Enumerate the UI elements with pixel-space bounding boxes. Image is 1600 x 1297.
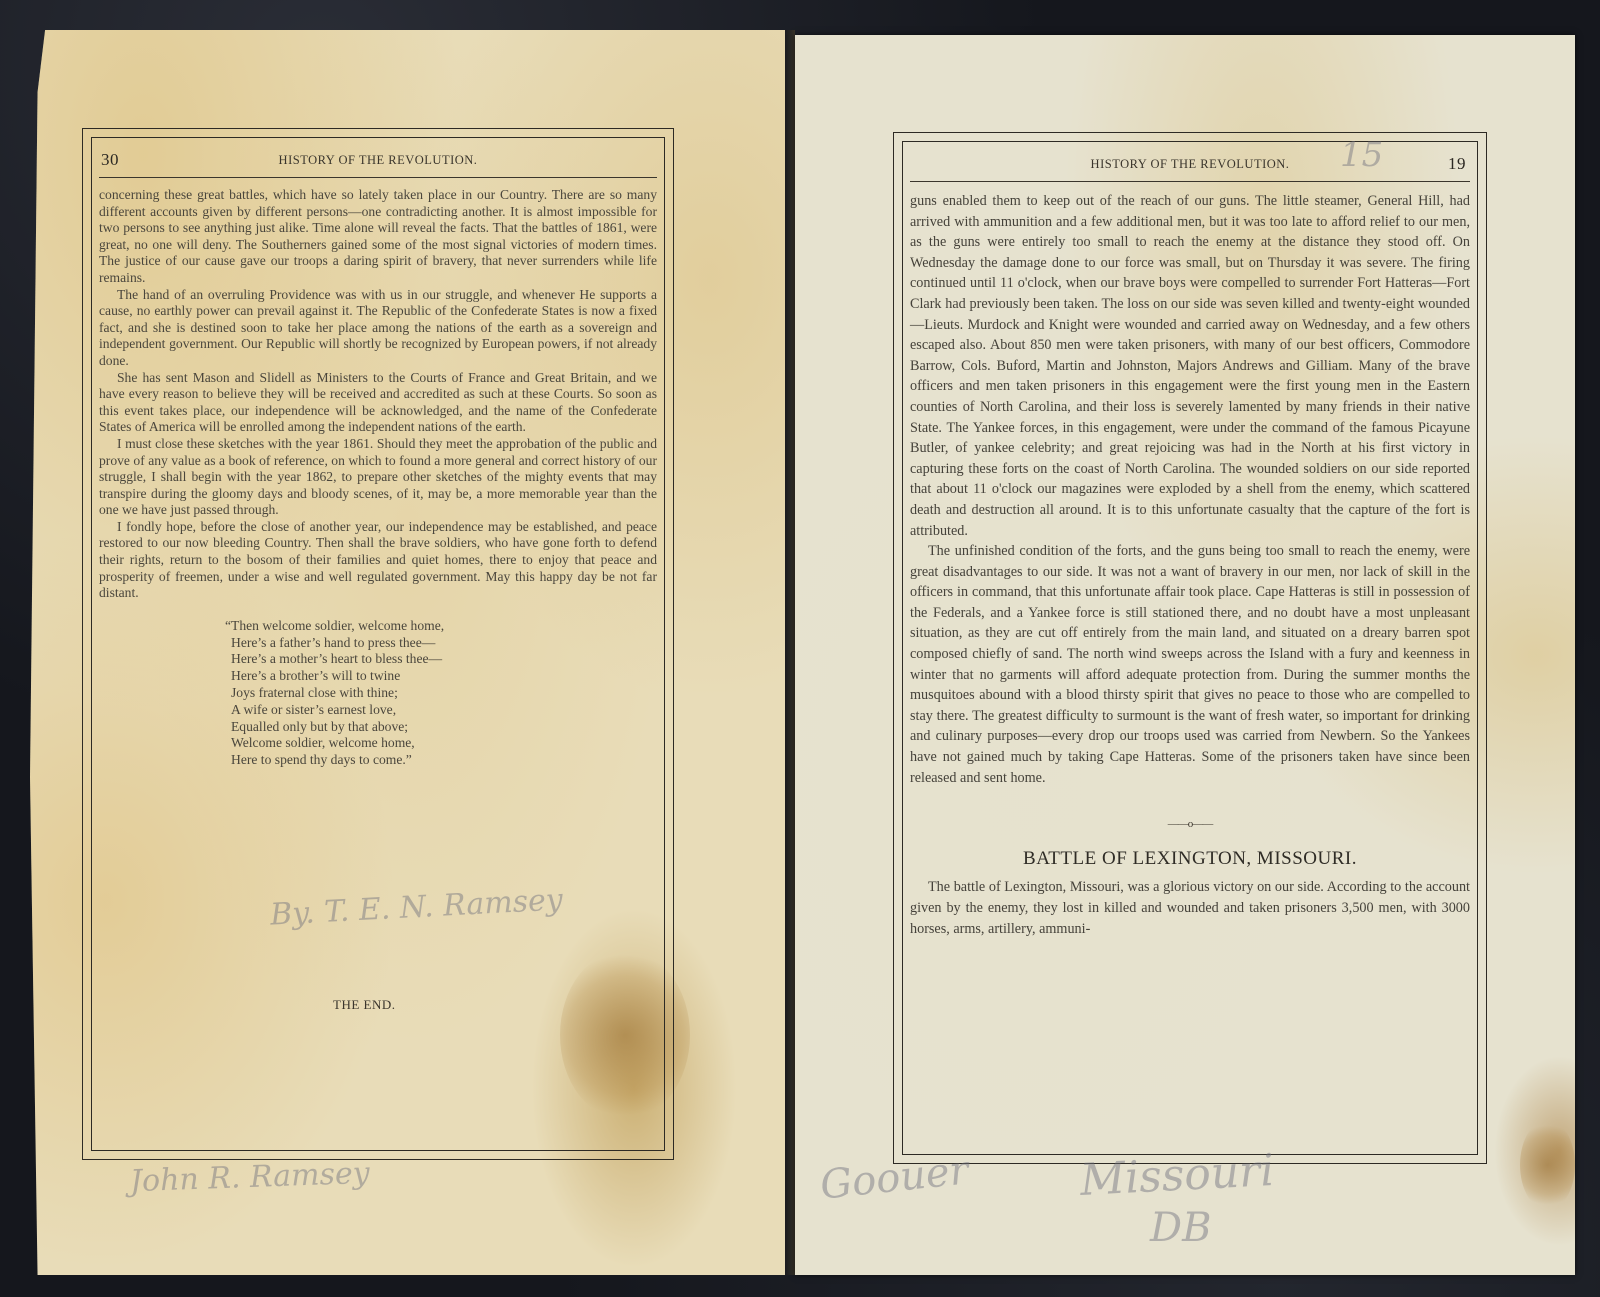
paragraph: She has sent Mason and Slidell as Minist… [99,370,657,436]
poem-line: Here’s a mother’s heart to bless thee— [231,651,657,668]
poem-line: Welcome soldier, welcome home, [231,735,657,752]
poem-line: A wife or sister’s earnest love, [231,702,657,719]
poem-line: Joys fraternal close with thine; [231,685,657,702]
section-divider: ——o—— [910,814,1470,835]
paragraph: The battle of Lexington, Missouri, was a… [910,877,1470,939]
right-page-frame: HISTORY OF THE REVOLUTION. 19 guns enabl… [893,132,1487,1164]
poem: “Then welcome soldier, welcome home, Her… [231,618,657,769]
running-head-title: HISTORY OF THE REVOLUTION. [910,157,1470,172]
poem-line: “Then welcome soldier, welcome home, [225,618,657,635]
poem-line: Here to spend thy days to come.” [231,752,657,769]
paragraph: concerning these great battles, which ha… [99,187,657,287]
poem-line: Here’s a father’s hand to press thee— [231,635,657,652]
left-running-head: 30 HISTORY OF THE REVOLUTION. [99,147,657,178]
right-page-body: guns enabled them to keep out of the rea… [910,191,1470,939]
running-head-title: HISTORY OF THE REVOLUTION. [99,153,657,168]
right-running-head: HISTORY OF THE REVOLUTION. 19 [910,151,1470,182]
paragraph: I fondly hope, before the close of anoth… [99,519,657,602]
left-page-body: concerning these great battles, which ha… [99,187,657,769]
paragraph: The hand of an overruling Providence was… [99,287,657,370]
page-number: 19 [1448,154,1466,174]
page-gutter [785,30,795,1275]
poem-line: Equalled only but by that above; [231,719,657,736]
paragraph: I must close these sketches with the yea… [99,436,657,519]
section-heading: BATTLE OF LEXINGTON, MISSOURI. [910,849,1470,870]
the-end-label: THE END. [333,997,396,1013]
paragraph: The unfinished condition of the forts, a… [910,541,1470,788]
poem-line: Here’s a brother’s will to twine [231,668,657,685]
left-page-frame: 30 HISTORY OF THE REVOLUTION. concerning… [82,128,674,1160]
paragraph: guns enabled them to keep out of the rea… [910,191,1470,541]
